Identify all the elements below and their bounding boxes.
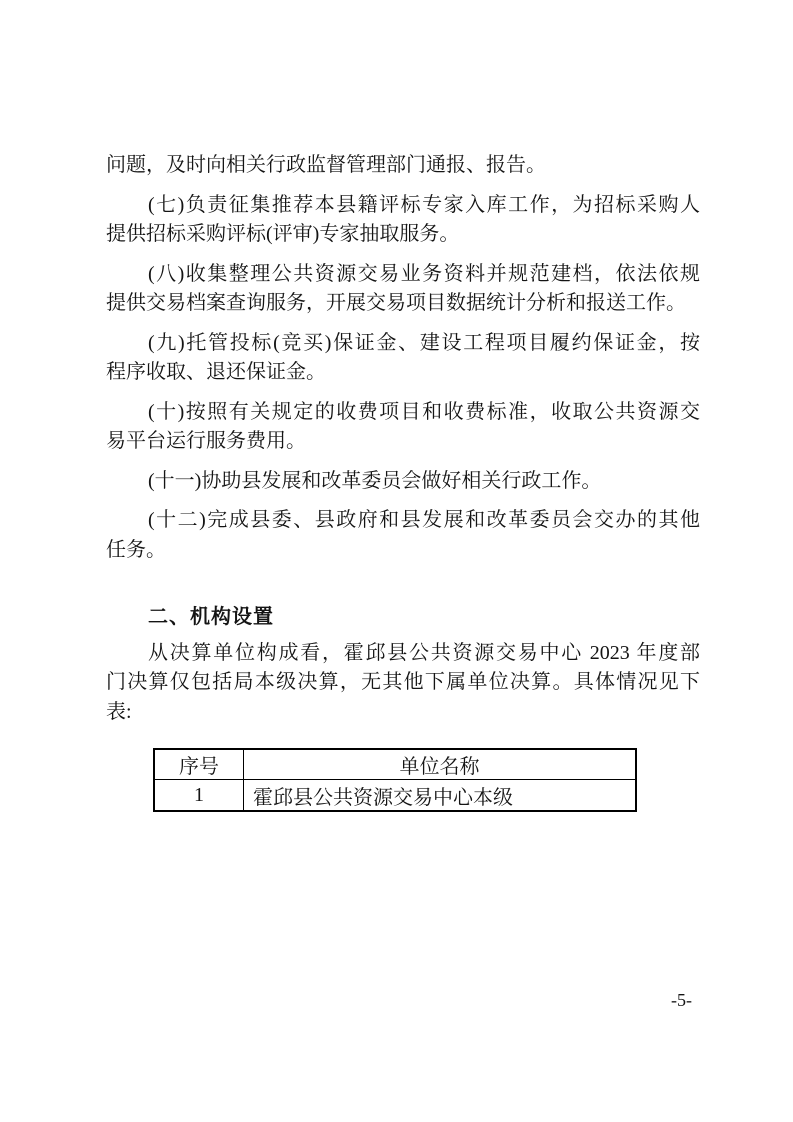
text-line: (九)托管投标(竞买)保证金、建设工程项目履约保证金，按 (106, 329, 700, 359)
text-line: 从决算单位构成看，霍邱县公共资源交易中心 2023 年度部 (106, 639, 700, 669)
org-units-table: 序号单位名称1霍邱县公共资源交易中心本级 (153, 748, 637, 812)
paragraph: (十一)协助县发展和改革委员会做好相关行政工作。 (106, 467, 700, 497)
text-line: 程序收取、退还保证金。 (106, 358, 700, 388)
text-line: 二、机构设置 (106, 603, 700, 633)
text-line: 提供招标采购评标(评审)专家抽取服务。 (106, 220, 700, 250)
text-line: 易平台运行服务费用。 (106, 427, 700, 457)
paragraph: (八)收集整理公共资源交易业务资料并规范建档，依法依规提供交易档案查询服务，开展… (106, 260, 700, 319)
text-line: 提供交易档案查询服务，开展交易项目数据统计分析和报送工作。 (106, 289, 700, 319)
paragraph: 问题，及时向相关行政监督管理部门通报、报告。 (106, 151, 700, 181)
text-line: 门决算仅包括局本级决算，无其他下属单位决算。具体情况见下 (106, 668, 700, 698)
org-table-wrap: 序号单位名称1霍邱县公共资源交易中心本级 (153, 748, 700, 812)
section-heading: 二、机构设置 (106, 603, 700, 633)
text-line: (十)按照有关规定的收费项目和收费标准，收取公共资源交 (106, 398, 700, 428)
paragraph: 从决算单位构成看，霍邱县公共资源交易中心 2023 年度部门决算仅包括局本级决算… (106, 639, 700, 728)
document-body: 问题，及时向相关行政监督管理部门通报、报告。(七)负责征集推荐本县籍评标专家入库… (106, 151, 700, 812)
table-header-cell: 序号 (154, 749, 244, 780)
text-line: 表: (106, 698, 700, 728)
paragraph: (七)负责征集推荐本县籍评标专家入库工作，为招标采购人提供招标采购评标(评审)专… (106, 191, 700, 250)
document-page: 问题，及时向相关行政监督管理部门通报、报告。(七)负责征集推荐本县籍评标专家入库… (0, 0, 793, 1122)
page-number: -5- (671, 990, 692, 1010)
text-line: 问题，及时向相关行政监督管理部门通报、报告。 (106, 151, 700, 181)
paragraph: (十二)完成县委、县政府和县发展和改革委员会交办的其他任务。 (106, 506, 700, 565)
paragraph: (十)按照有关规定的收费项目和收费标准，收取公共资源交易平台运行服务费用。 (106, 398, 700, 457)
paragraph: (九)托管投标(竞买)保证金、建设工程项目履约保证金，按程序收取、退还保证金。 (106, 329, 700, 388)
table-header-row: 序号单位名称 (154, 749, 636, 780)
table-row: 1霍邱县公共资源交易中心本级 (154, 780, 636, 812)
table-header-cell: 单位名称 (244, 749, 637, 780)
table-cell-index: 1 (154, 780, 244, 812)
text-line: (八)收集整理公共资源交易业务资料并规范建档，依法依规 (106, 260, 700, 290)
table-cell-unit-name: 霍邱县公共资源交易中心本级 (244, 780, 637, 812)
text-line: 任务。 (106, 536, 700, 566)
text-line: (七)负责征集推荐本县籍评标专家入库工作，为招标采购人 (106, 191, 700, 221)
text-line: (十一)协助县发展和改革委员会做好相关行政工作。 (106, 467, 700, 497)
text-line: (十二)完成县委、县政府和县发展和改革委员会交办的其他 (106, 506, 700, 536)
